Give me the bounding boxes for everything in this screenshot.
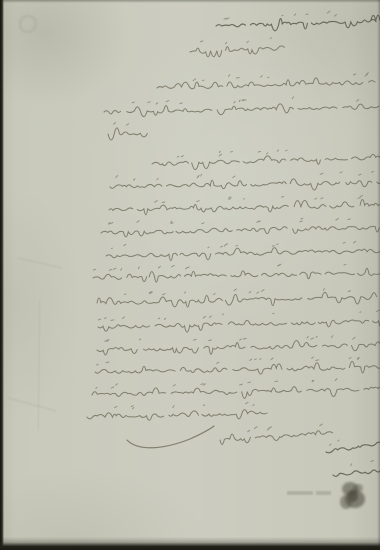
body-line7-diacritics xyxy=(125,289,351,295)
date-line-diacritics xyxy=(224,11,337,19)
body-line4 xyxy=(101,226,379,236)
marks-layer xyxy=(287,482,365,509)
paragraph1-line2 xyxy=(104,104,379,117)
paper-crease xyxy=(38,300,40,430)
paper-crease xyxy=(8,398,56,411)
signature-line2 xyxy=(333,470,380,476)
body-line1-diacritics xyxy=(177,150,287,157)
body-line4-diacritics xyxy=(108,218,350,224)
paragraph1-line3 xyxy=(108,128,147,140)
body-line7 xyxy=(97,292,379,307)
paper-crease xyxy=(18,258,62,268)
body-line3-diacritics xyxy=(155,195,363,202)
ink-seal xyxy=(348,490,358,502)
signature-line1-diacritics xyxy=(330,440,339,445)
body-line6 xyxy=(93,268,380,282)
body-line5 xyxy=(106,248,380,261)
manuscript-canvas xyxy=(0,0,380,550)
body-line9 xyxy=(97,341,380,355)
body-line12 xyxy=(87,410,267,421)
body-line6-diacritics xyxy=(93,264,346,270)
closing-line xyxy=(220,431,333,445)
paragraph1-line2-diacritics xyxy=(132,97,359,104)
paragraph1-line1 xyxy=(157,78,375,89)
body-line8-diacritics xyxy=(98,310,379,320)
closing-line-diacritics xyxy=(248,424,323,432)
body-line2 xyxy=(110,179,380,190)
body-line11-diacritics xyxy=(96,379,337,389)
body-line1 xyxy=(152,154,380,169)
body-line9-diacritics xyxy=(105,336,355,342)
body-line3 xyxy=(109,200,380,215)
body-line12-diacritics xyxy=(115,402,255,408)
date-line xyxy=(216,19,376,31)
archive-watermark xyxy=(316,491,331,495)
signature-line1 xyxy=(326,442,380,453)
body-line8 xyxy=(98,320,380,332)
signature-line2-diacritics xyxy=(351,461,374,466)
handwriting-layer xyxy=(87,11,380,476)
body-line2-diacritics xyxy=(116,172,374,181)
paragraph1-line1-diacritics xyxy=(193,73,368,81)
body-line11 xyxy=(92,387,380,399)
salutation-line xyxy=(190,46,284,57)
letter-scan xyxy=(0,0,380,550)
body-line10-diacritics xyxy=(97,357,360,365)
body-line10 xyxy=(95,361,380,374)
body-line5-diacritics xyxy=(111,241,355,249)
salutation-line-diacritics xyxy=(200,38,271,44)
archive-watermark xyxy=(287,491,313,495)
paragraph1-line3-diacritics xyxy=(114,123,129,126)
embossed-stamp xyxy=(20,16,36,32)
closing-flourish xyxy=(127,426,214,448)
paper-stains xyxy=(8,16,62,430)
